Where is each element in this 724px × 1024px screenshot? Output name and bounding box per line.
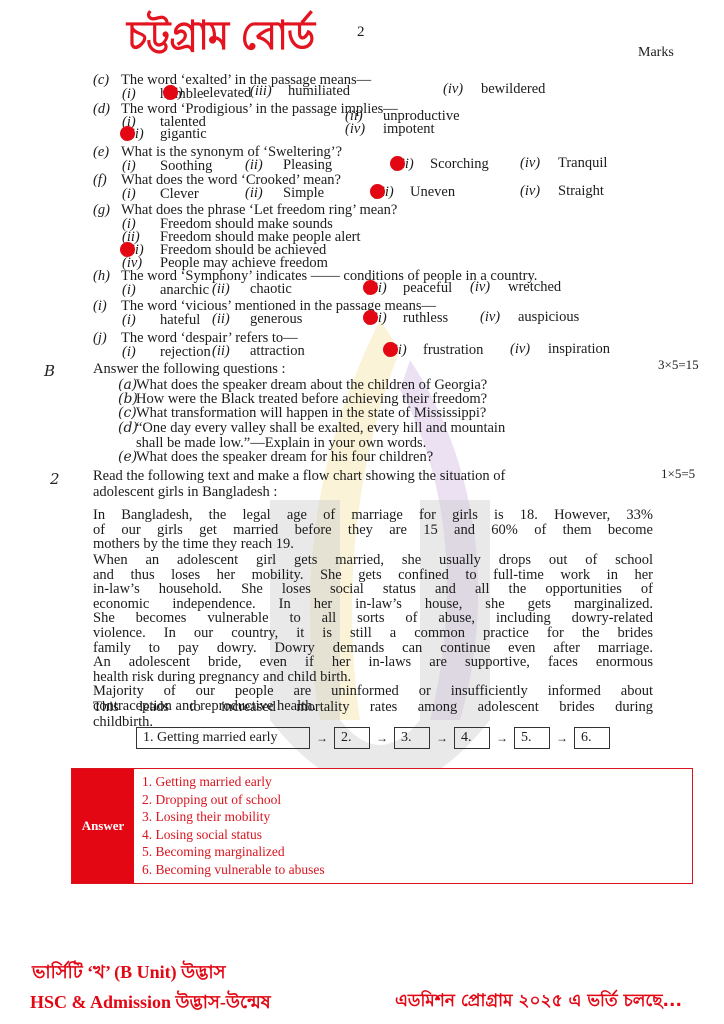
question-label: (c)	[118, 405, 137, 421]
arrow-icon: →	[430, 731, 454, 746]
option-text: hateful	[160, 312, 200, 328]
option-text: frustration	[423, 342, 483, 358]
option-text: inspiration	[548, 341, 610, 357]
flow-chart-box: 6.	[574, 727, 610, 749]
option-text: gigantic	[160, 126, 207, 142]
flow-chart-box: 5.	[514, 727, 550, 749]
mcq-option[interactable]: (iv)inspiration	[510, 341, 610, 357]
mcq-option[interactable]: (ii)chaotic	[212, 281, 292, 297]
arrow-icon: →	[490, 731, 514, 746]
mcq-question-label: (g)	[93, 202, 110, 218]
option-number: (iv)	[480, 309, 518, 325]
answer-item: 6. Becoming vulnerable to abuses	[142, 861, 325, 879]
passage-line: In Bangladesh, the legal age of marriage…	[93, 508, 653, 523]
passage-line: of our girls get married before they are…	[93, 523, 653, 538]
option-number: (iii)	[250, 83, 288, 99]
answer-item: 2. Dropping out of school	[142, 791, 325, 809]
answer-marker-dot	[390, 156, 405, 171]
option-text: rejection	[160, 344, 211, 360]
mcq-option[interactable]: (iii)Scorching	[392, 156, 489, 172]
passage-paragraph-2: When an adolescent girl gets married, sh…	[93, 553, 653, 714]
passage-line: economic independence. In her in-law’s h…	[93, 597, 653, 612]
answer-label: Answer	[72, 769, 134, 883]
flow-chart-box: 4.	[454, 727, 490, 749]
option-number: (i)	[122, 86, 160, 102]
mcq-option[interactable]: (iv)auspicious	[480, 309, 579, 325]
section-b-instruction: Answer the following questions :	[93, 361, 286, 377]
option-number: (ii)	[212, 343, 250, 359]
arrow-icon: →	[370, 731, 394, 746]
flow-chart: 1. Getting married early→2.→3.→4.→5.→6.	[136, 727, 610, 749]
mcq-option[interactable]: (ii)Simple	[245, 185, 324, 201]
passage-line: She becomes vulnerable to all sorts of a…	[93, 611, 653, 626]
mcq-option[interactable]: (ii)Pleasing	[245, 157, 332, 173]
option-text: peaceful	[403, 280, 452, 296]
option-number: (iv)	[520, 155, 558, 171]
option-number: (iv)	[345, 121, 383, 137]
answer-list: 1. Getting married early2. Dropping out …	[134, 769, 333, 883]
footer-unit-title: ভার্সিটি ‘খ’ (B Unit) উদ্ভাস	[32, 958, 225, 989]
question-text: “One day every valley shall be exalted, …	[136, 420, 505, 436]
mcq-option[interactable]: (ii)generous	[212, 311, 302, 327]
option-number: (i)	[122, 186, 160, 202]
mcq-option[interactable]: (iv)impotent	[345, 121, 435, 137]
question-label: (d)	[118, 420, 138, 436]
option-text: Tranquil	[558, 155, 607, 171]
board-title: চট্টগ্রাম বোর্ড	[127, 4, 314, 71]
answer-marker-dot	[363, 280, 378, 295]
mcq-question-label: (f)	[93, 172, 107, 188]
flow-chart-box: 3.	[394, 727, 430, 749]
passage-line: mothers by the time they reach 19.	[93, 537, 653, 552]
option-text: Scorching	[430, 156, 489, 172]
mcq-option[interactable]: (i)hateful	[122, 312, 200, 328]
flow-chart-box: 1. Getting married early	[136, 727, 310, 749]
answer-marker-dot	[363, 310, 378, 325]
flow-chart-box: 2.	[334, 727, 370, 749]
option-number: (i)	[122, 344, 160, 360]
answer-marker-dot	[120, 126, 135, 141]
answer-item: 1. Getting married early	[142, 773, 325, 791]
question-label: (e)	[118, 449, 137, 465]
arrow-icon: →	[550, 731, 574, 746]
mcq-option[interactable]: (i)anarchic	[122, 282, 209, 298]
mcq-option[interactable]: (iv)bewildered	[443, 81, 545, 97]
option-number: (ii)	[212, 311, 250, 327]
passage-line: in-law’s household. She loses social sta…	[93, 582, 653, 597]
arrow-icon: →	[310, 731, 334, 746]
mcq-option[interactable]: (i)Clever	[122, 186, 199, 202]
passage-paragraph-3: This leads to increased mortality rates …	[93, 700, 653, 729]
passage-line: When an adolescent girl gets married, sh…	[93, 553, 653, 568]
option-text: bewildered	[481, 81, 545, 97]
page-number: 2	[357, 24, 365, 41]
option-number: (iv)	[510, 341, 548, 357]
footer-admission-promo: এডমিশন প্রোগ্রাম ২০২৫ এ ভর্তি চলছে...	[395, 988, 682, 1016]
option-number: (iv)	[520, 183, 558, 199]
passage-paragraph-1: In Bangladesh, the legal age of marriage…	[93, 508, 653, 552]
mcq-option[interactable]: (iv)Straight	[520, 183, 604, 199]
option-text: wretched	[508, 279, 561, 295]
passage-line: health risk during pregnancy and child b…	[93, 670, 653, 685]
question-text: What does the speaker dream for his four…	[136, 449, 433, 465]
passage-line: Majority of our people are uninformed or…	[93, 684, 653, 699]
section-b-marker: B	[44, 362, 55, 380]
answer-marker-dot	[370, 184, 385, 199]
section-2-instruction-2: adolescent girls in Bangladesh :	[93, 484, 277, 500]
option-text: auspicious	[518, 309, 579, 325]
option-number: (ii)	[245, 157, 283, 173]
passage-line: This leads to increased mortality rates …	[93, 700, 653, 715]
option-text: Pleasing	[283, 157, 332, 173]
option-number: (i)	[122, 282, 160, 298]
mcq-question-label: (d)	[93, 101, 110, 117]
option-number: (iv)	[470, 279, 508, 295]
answer-marker-dot	[163, 85, 178, 100]
question-text: What transformation will happen in the s…	[136, 405, 486, 421]
option-text: Clever	[160, 186, 199, 202]
option-text: elevated	[203, 85, 251, 101]
passage-line: family to pay dowry. Dowry demands can c…	[93, 641, 653, 656]
option-text: Uneven	[410, 184, 455, 200]
mcq-option[interactable]: (i)rejection	[122, 344, 211, 360]
section-2-marks: 1×5=5	[661, 466, 695, 482]
mcq-question-label: (i)	[93, 298, 107, 314]
option-number: (ii)	[245, 185, 283, 201]
option-number: (i)	[122, 312, 160, 328]
option-text: humiliated	[288, 83, 350, 99]
mcq-option[interactable]: (iii)peaceful	[365, 280, 452, 296]
mcq-question-label: (h)	[93, 268, 110, 284]
marks-heading: Marks	[638, 45, 674, 61]
option-text: generous	[250, 311, 302, 327]
mcq-option[interactable]: (iv)wretched	[470, 279, 561, 295]
answer-marker-dot	[383, 342, 398, 357]
section-2-instruction: Read the following text and make a flow …	[93, 468, 505, 484]
mcq-option[interactable]: (iii)frustration	[385, 342, 483, 358]
option-number: (iv)	[443, 81, 481, 97]
answer-item: 5. Becoming marginalized	[142, 843, 325, 861]
option-text: chaotic	[250, 281, 292, 297]
footer-program-title: HSC & Admission উদ্ভাস-উন্মেষ	[30, 988, 271, 1019]
option-text: Simple	[283, 185, 324, 201]
passage-line: and thus loses her mobility. She gets co…	[93, 568, 653, 583]
option-text: anarchic	[160, 282, 209, 298]
mcq-option[interactable]: (iii)humiliated	[250, 83, 350, 99]
option-number: (ii)	[212, 281, 250, 297]
answer-item: 4. Losing social status	[142, 826, 325, 844]
option-text: Straight	[558, 183, 604, 199]
option-text: attraction	[250, 343, 305, 359]
mcq-question-label: (c)	[93, 72, 109, 88]
mcq-option[interactable]: (ii)attraction	[212, 343, 305, 359]
mcq-option[interactable]: (iv)Tranquil	[520, 155, 607, 171]
mcq-question-label: (e)	[93, 144, 109, 160]
option-text: impotent	[383, 121, 435, 137]
answer-box: Answer 1. Getting married early2. Droppi…	[71, 768, 693, 884]
passage-line: violence. In our country, it is still a …	[93, 626, 653, 641]
section-2-marker: 2	[50, 470, 60, 488]
passage-line: An adolescent bride, even if her in-laws…	[93, 655, 653, 670]
option-text: ruthless	[403, 310, 448, 326]
answer-item: 3. Losing their mobility	[142, 808, 325, 826]
section-b-marks: 3×5=15	[658, 357, 699, 373]
mcq-question-label: (j)	[93, 330, 107, 346]
